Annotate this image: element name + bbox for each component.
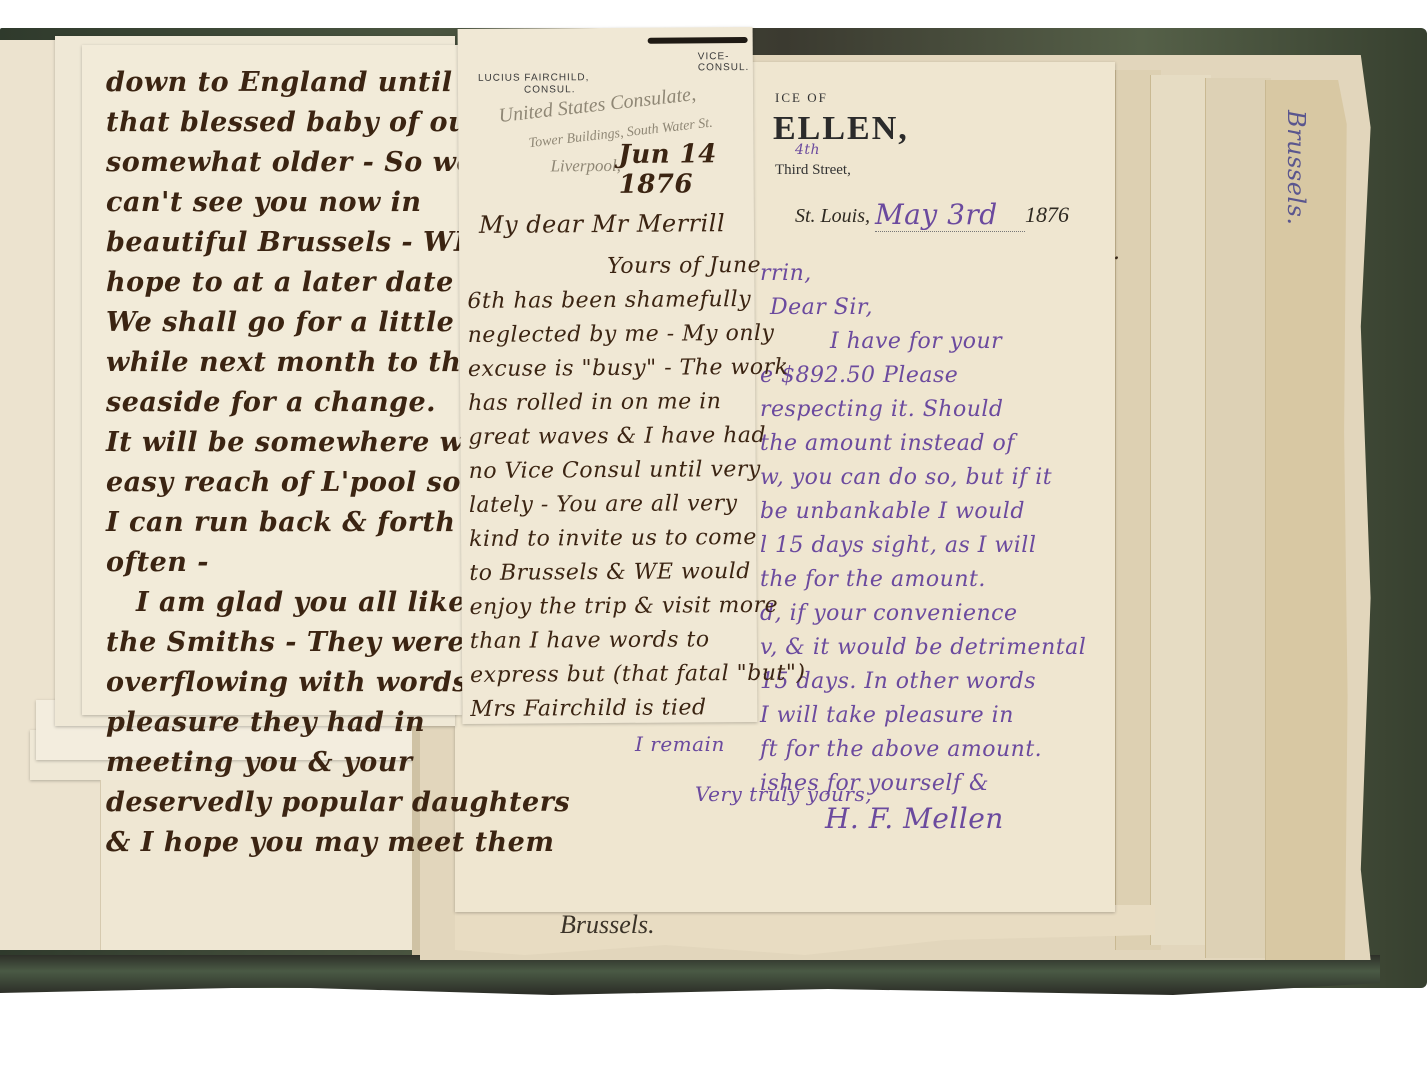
letter-year: 1876	[1025, 202, 1069, 228]
vertical-fragment-text: Brussels.	[1282, 110, 1310, 226]
letterhead-city: St. Louis,	[795, 205, 870, 228]
letterhead-vice-consul: VICE-CONSUL.	[698, 51, 753, 73]
mellen-letter-body: rrin, Dear Sir, I have for your e $892.5…	[760, 257, 1086, 801]
ink-strike-mark	[648, 37, 748, 44]
letterhead-office-of: ICE OF	[775, 90, 828, 106]
brussels-fragment: Brussels.	[560, 910, 655, 940]
salutation: My dear Mr Merrill	[479, 209, 725, 239]
street-correction: 4th	[795, 142, 820, 158]
consulate-letter-body: Yours of June 6th has been shamefully ne…	[467, 249, 806, 727]
letter-edge-strip	[1150, 75, 1211, 945]
letterhead-street: Third Street,	[775, 162, 851, 179]
consulate-letter: LUCIUS FAIRCHILD, CONSUL. VICE-CONSUL. U…	[458, 27, 758, 724]
signature: H. F. Mellen	[825, 802, 1004, 835]
letterhead-consul-name: LUCIUS FAIRCHILD,	[478, 72, 590, 84]
left-letter: down to England until that blessed baby …	[82, 45, 462, 715]
album-cover-bottom-edge	[0, 955, 1380, 995]
letter-edge-strip	[1205, 78, 1271, 958]
letterhead-consul-title: CONSUL.	[524, 84, 576, 95]
letterhead-name: ELLEN,	[773, 110, 909, 148]
letterhead-city: Liverpool,	[550, 156, 620, 176]
closing-i-remain: I remain	[635, 732, 725, 756]
letter-date: May 3rd	[875, 198, 1025, 232]
letter-date: Jun 14 1876	[618, 139, 753, 200]
vertical-handwriting-fragment: Brussels.	[1290, 110, 1310, 770]
